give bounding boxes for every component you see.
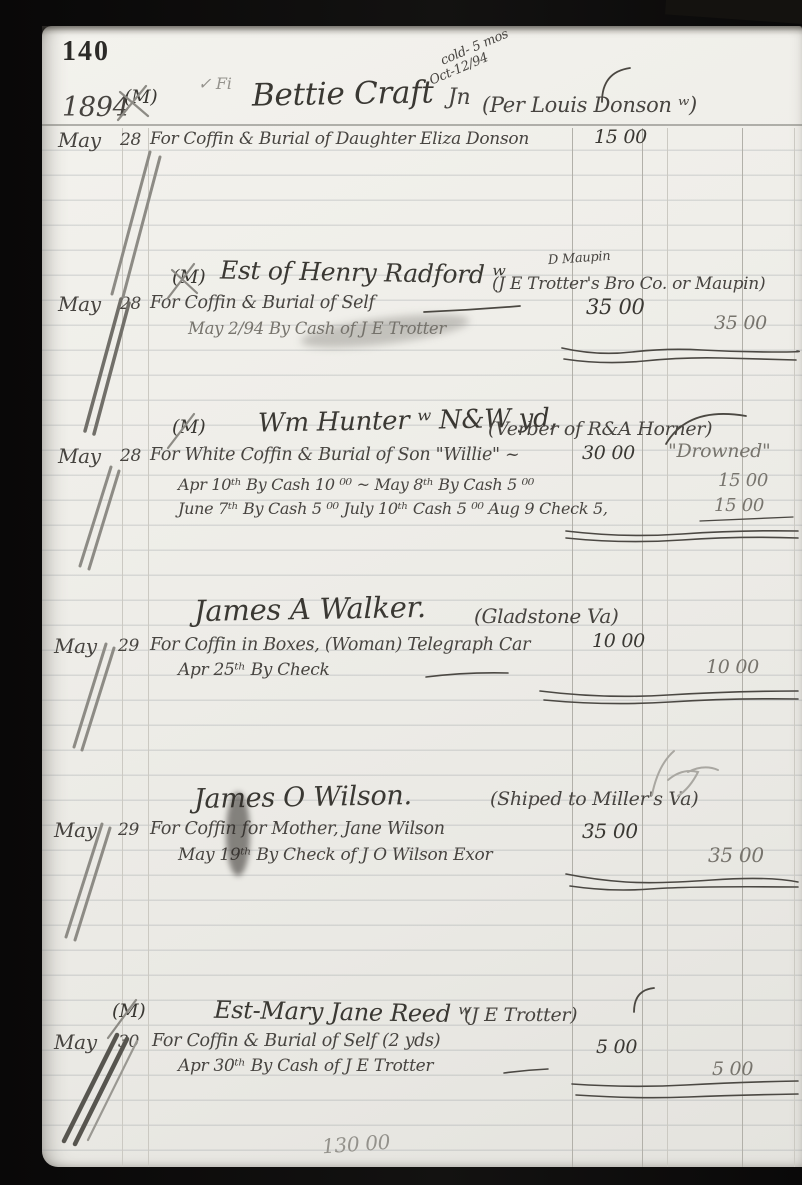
- entry-0-debit-amount: 15 00: [594, 128, 647, 148]
- entry-3-month: May: [54, 636, 97, 657]
- entry-2-debit-amount: 30 00: [582, 444, 635, 464]
- year-label: 1894: [62, 94, 130, 122]
- scanned-ledger-page: 140 1894 (M) ✓ Fi Bettie Craft Jn cold- …: [0, 0, 802, 1185]
- entry-1-name-paren: (J E Trotter's Bro Co. or Maupin): [492, 276, 765, 294]
- entry-1-day: 28: [120, 296, 141, 314]
- entry-0-day: 28: [120, 132, 141, 150]
- entry-3-name-paren: (Gladstone Va): [474, 606, 618, 627]
- entry-5-payment-line: Apr 30ᵗʰ By Cash of J E Trotter: [178, 1058, 433, 1076]
- entry-2-payment-line-1: Apr 10ᵗʰ By Cash 10 ⁰⁰ ~ May 8ᵗʰ By Cash…: [178, 477, 534, 494]
- entry-1-credit-amount: 35 00: [714, 314, 767, 334]
- entry-5-month: May: [54, 1032, 97, 1053]
- entry-4-payment-line: May 19ᵗʰ By Check of J O Wilson Exor: [178, 847, 492, 865]
- entry-2-m-mark: (M): [172, 418, 205, 438]
- entry-0-agent: (Per Louis Donson ʷ): [482, 94, 697, 116]
- right-edge-rule: [794, 128, 795, 1167]
- entry-4-debit-amount: 35 00: [582, 821, 638, 842]
- entry-1-m-mark: (M): [172, 268, 205, 288]
- page-number: 140: [62, 36, 110, 68]
- entry-2-credit-amount-2: 15 00: [714, 497, 764, 516]
- entry-3-description: For Coffin in Boxes, (Woman) Telegraph C…: [150, 636, 530, 654]
- entry-3-credit-amount: 10 00: [706, 658, 759, 678]
- entry-3-debit-amount: 10 00: [592, 632, 645, 652]
- entry-4-description: For Coffin for Mother, Jane Wilson: [150, 820, 445, 838]
- entry-0-month: May: [58, 130, 101, 151]
- entry-2-description: For White Coffin & Burial of Son "Willie…: [150, 446, 519, 464]
- entry-1-description: For Coffin & Burial of Self: [150, 294, 375, 312]
- bottom-pencil-total: 130 00: [321, 1132, 390, 1158]
- entry-5-name-paren: (J E Trotter): [464, 1006, 577, 1026]
- entry-2-month: May: [58, 446, 101, 467]
- entry-0-name: Bettie Craft: [252, 76, 434, 112]
- entry-5-name: Est-Mary Jane Reed ʷ: [214, 998, 471, 1028]
- page-corner-shadow: [665, 0, 802, 26]
- entry-4-name: James O Wilson.: [194, 782, 412, 814]
- entry-1-name: Est of Henry Radford ʷ: [220, 258, 506, 289]
- entry-0-check-mark: ✓ Fi: [198, 76, 232, 93]
- header-rule-line: [42, 124, 802, 126]
- entry-0-description: For Coffin & Burial of Daughter Eliza Do…: [150, 131, 529, 149]
- date-column-rule-2: [148, 128, 149, 1167]
- entry-2-day: 28: [120, 448, 141, 466]
- entry-5-credit-amount: 5 00: [712, 1060, 753, 1080]
- entry-2-credit-amount-1: 15 00: [718, 472, 768, 491]
- entry-2-name-paren: (Verber of R&A Horner): [488, 420, 712, 440]
- entry-0-m-mark: (M): [124, 88, 157, 108]
- entry-3-name: James A Walker.: [194, 592, 426, 626]
- entry-4-credit-amount: 35 00: [708, 845, 764, 866]
- dark-ink-blot: [226, 792, 250, 876]
- entry-5-m-mark: (M): [112, 1002, 145, 1022]
- entry-2-payment-line-2: June 7ᵗʰ By Cash 5 ⁰⁰ July 10ᵗʰ Cash 5 ⁰…: [178, 501, 608, 518]
- entry-2-cause-note: "Drowned": [668, 442, 770, 462]
- entry-1-month: May: [58, 294, 101, 315]
- entry-4-name-paren: (Shiped to Miller's Va): [490, 790, 698, 810]
- entry-3-day: 29: [118, 638, 139, 656]
- entry-5-debit-amount: 5 00: [596, 1038, 637, 1058]
- entry-4-month: May: [54, 820, 97, 841]
- entry-4-day: 29: [118, 822, 139, 840]
- page-top-edge: [42, 26, 802, 35]
- entry-1-debit-amount: 35 00: [586, 296, 645, 318]
- entry-0-name-suffix: Jn: [448, 86, 470, 109]
- entry-5-description: For Coffin & Burial of Self (2 yds): [152, 1032, 440, 1050]
- entry-5-day: 30: [118, 1034, 139, 1052]
- entry-3-payment-line: Apr 25ᵗʰ By Check: [178, 662, 330, 680]
